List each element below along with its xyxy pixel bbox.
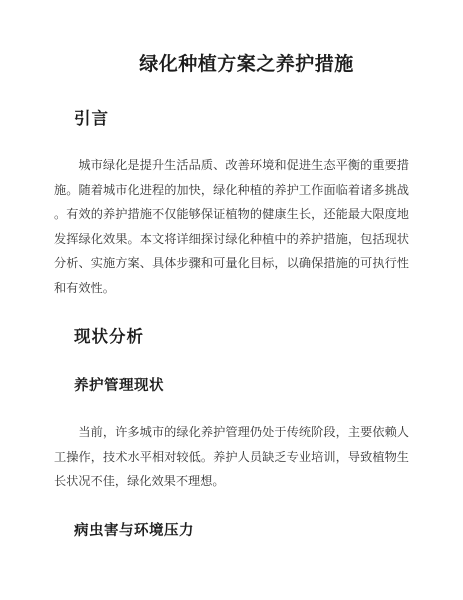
introduction-paragraph: 城市绿化是提升生活品质、改善环境和促进生态平衡的重要措施。随着城市化进程的加快，… [54, 153, 409, 300]
subsection-heading-maintenance-management: 养护管理现状 [74, 377, 409, 395]
maintenance-status-paragraph: 当前，许多城市的绿化养护管理仍处于传统阶段，主要依赖人工操作，技术水平相对较低。… [54, 420, 409, 494]
section-heading-status-analysis: 现状分析 [74, 327, 409, 347]
document-title: 绿化种植方案之养护措施 [54, 53, 409, 77]
section-heading-introduction: 引言 [74, 109, 409, 129]
subsection-heading-pests-environment: 病虫害与环境压力 [74, 522, 409, 540]
document-page: 绿化种植方案之养护措施 引言 城市绿化是提升生活品质、改善环境和促进生态平衡的重… [0, 0, 463, 600]
